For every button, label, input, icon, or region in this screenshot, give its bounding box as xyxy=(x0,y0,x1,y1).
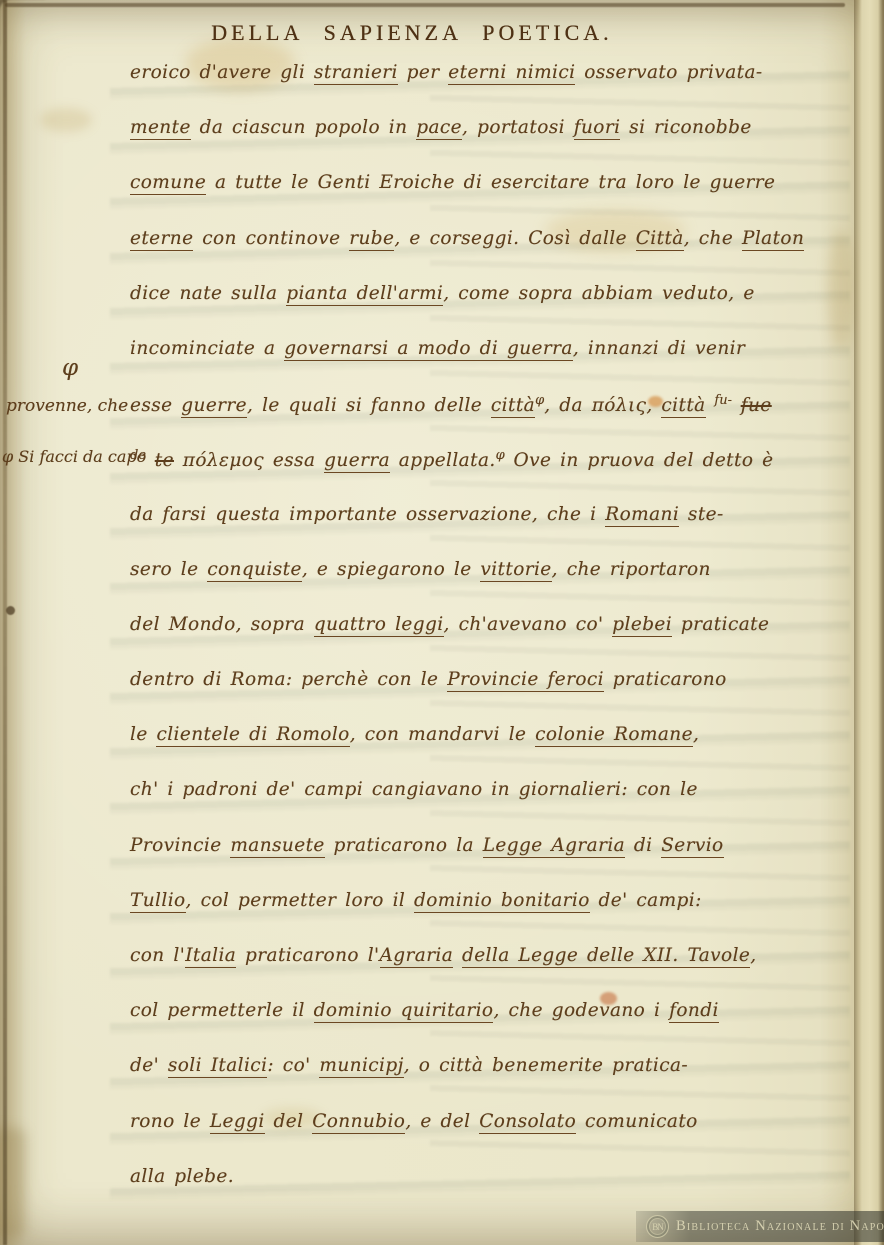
manuscript-line: eterne con continove rube, e corseggi. C… xyxy=(130,228,854,283)
manuscript-line: con l'Italia praticarono l'Agraria della… xyxy=(130,945,854,1000)
manuscript-line: dentro di Roma: perchè con le Provincie … xyxy=(130,669,854,724)
manuscript-line: eroico d'avere gli stranieri per eterni … xyxy=(130,62,854,117)
foxing-stain xyxy=(40,108,92,132)
manuscript-scan-page: DELLA SAPIENZA POETICA. eroico d'avere g… xyxy=(0,0,884,1245)
adjacent-page-edge xyxy=(854,0,884,1245)
manuscript-line: incominciate a governarsi a modo di guer… xyxy=(130,338,854,393)
manuscript-line: da farsi questa importante osservazione,… xyxy=(130,504,854,559)
margin-note: φ Si facci da capo xyxy=(2,447,146,466)
library-stamp: BN Biblioteca Nazionale di Napoli xyxy=(636,1211,884,1242)
manuscript-line: mente da ciascun popolo in pace, portato… xyxy=(130,117,854,172)
library-stamp-label: Biblioteca Nazionale di Napoli xyxy=(676,1218,884,1235)
manuscript-line: Tullio, col permetter loro il dominio bo… xyxy=(130,890,854,945)
manuscript-line: comune a tutte le Genti Eroiche di eserc… xyxy=(130,172,854,227)
page-top-edge xyxy=(5,3,845,7)
manuscript-line: de' soli Italici: co' municipj, o città … xyxy=(130,1055,854,1110)
manuscript-line: del Mondo, sopra quattro leggi, ch'aveva… xyxy=(130,614,854,669)
manuscript-line: ch' i padroni de' campi cangiavano in gi… xyxy=(130,779,854,834)
ink-blot xyxy=(6,606,15,615)
manuscript-line: le clientele di Romolo, con mandarvi le … xyxy=(130,724,854,779)
manuscript-line: de te πόλεμος essa guerra appellata.φ Ov… xyxy=(130,448,854,503)
manuscript-line: sero le conquiste, e spiegarono le vitto… xyxy=(130,559,854,614)
manuscript-line: col permetterle il dominio quiritario, c… xyxy=(130,1000,854,1055)
manuscript-line: rono le Leggi del Connubio, e del Consol… xyxy=(130,1111,854,1166)
margin-note: provenne, che xyxy=(6,396,128,416)
manuscript-line: esse guerre, le quali si fanno delle cit… xyxy=(130,393,854,448)
margin-note: φ xyxy=(62,355,78,381)
page-title: DELLA SAPIENZA POETICA. xyxy=(0,20,824,46)
page-left-edge xyxy=(3,0,7,1245)
manuscript-line: dice nate sulla pianta dell'armi, come s… xyxy=(130,283,854,338)
manuscript-line: Provincie mansuete praticarono la Legge … xyxy=(130,835,854,890)
manuscript-text: eroico d'avere gli stranieri per eterni … xyxy=(130,62,854,1221)
library-monogram-icon: BN xyxy=(646,1215,669,1238)
